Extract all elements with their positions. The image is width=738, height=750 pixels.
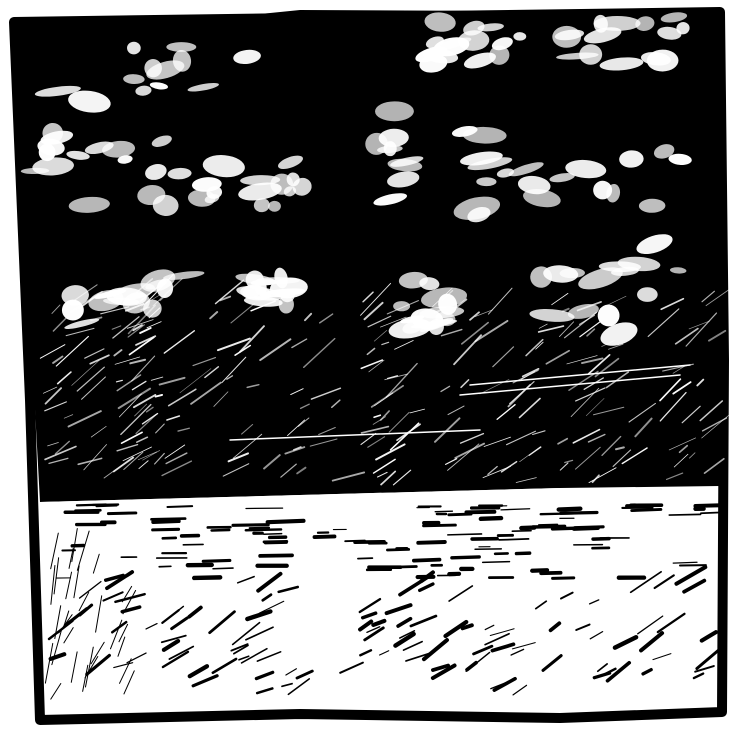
sea bbox=[40, 486, 720, 708]
ink-drawing-stormy-sea bbox=[0, 0, 738, 750]
storm-sky bbox=[14, 10, 722, 502]
